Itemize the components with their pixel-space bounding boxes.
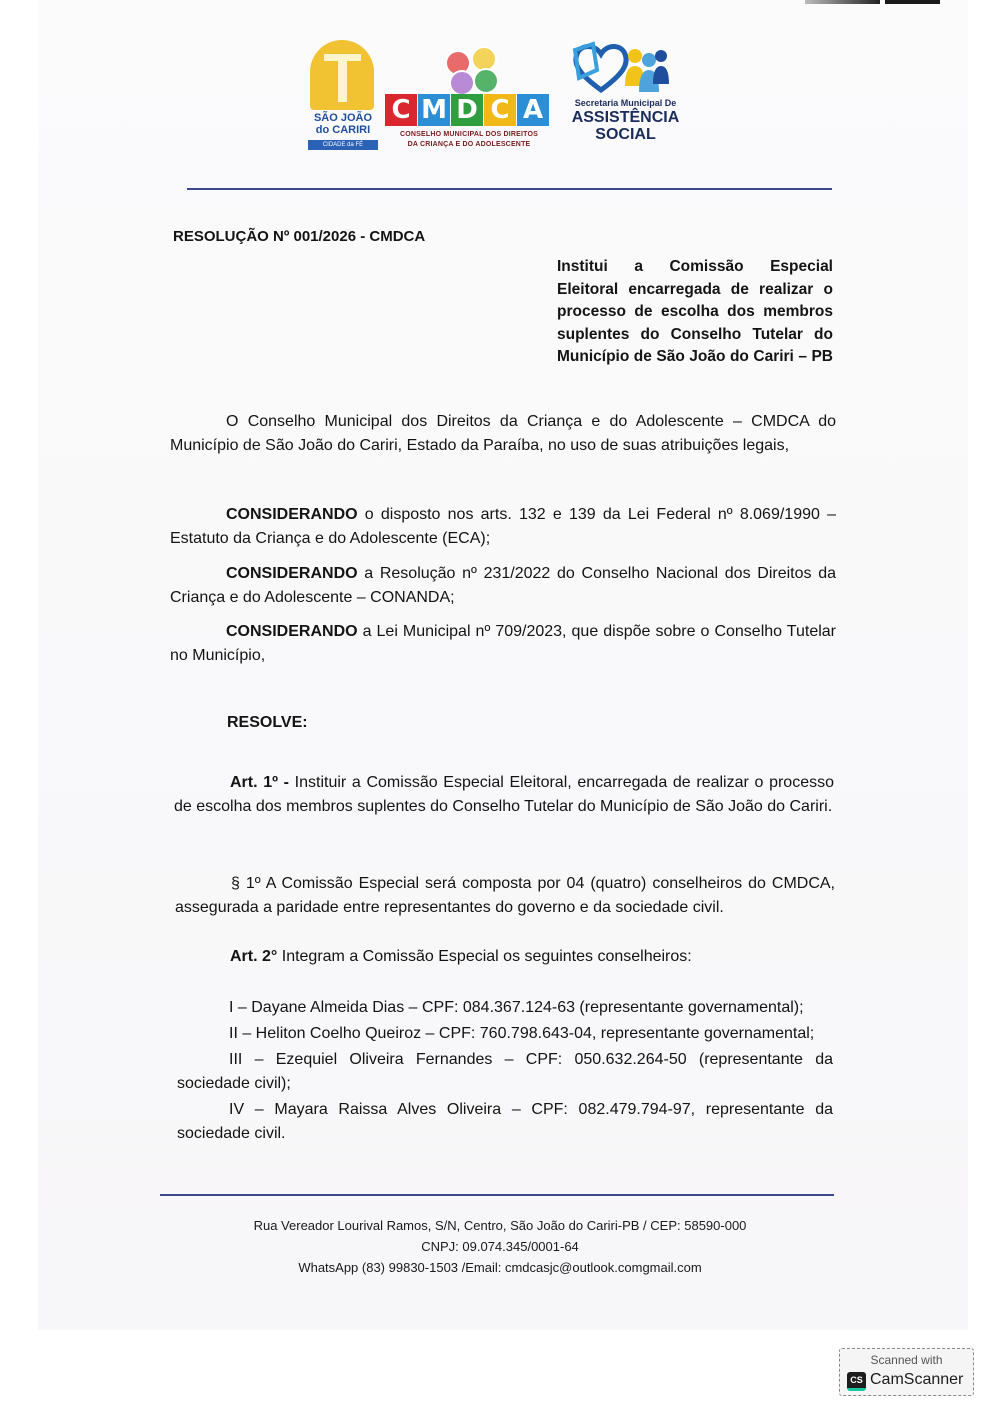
scan-edge-mark bbox=[805, 0, 880, 4]
cmdca-letter-block: D bbox=[451, 94, 483, 126]
summary-line: Município de São João do Cariri – PB bbox=[557, 346, 833, 369]
assistencia-social-logo: Secretaria Municipal De ASSISTÊNCIA SOCI… bbox=[563, 40, 688, 152]
cmdca-logo: CMDCA CONSELHO MUNICIPAL DOS DIREITOS DA… bbox=[385, 46, 553, 156]
municipality-name: SÃO JOÃO do CARIRI bbox=[308, 112, 378, 136]
summary-line: processo de escolha dos membros bbox=[557, 301, 833, 324]
scanned-with-label: Scanned with bbox=[840, 1353, 973, 1367]
children-faces-icon bbox=[445, 46, 499, 94]
paragraph-1: § 1º A Comissão Especial será composta p… bbox=[175, 872, 835, 920]
footer-address: Rua Vereador Lourival Ramos, S/N, Centro… bbox=[160, 1215, 840, 1236]
summary-line: Institui a Comissão Especial bbox=[557, 256, 833, 279]
secretaria-label: Secretaria Municipal De bbox=[563, 98, 688, 108]
resolution-summary: Institui a Comissão EspecialEleitoral en… bbox=[557, 256, 833, 369]
camscanner-logo-icon: CS bbox=[847, 1372, 866, 1391]
commission-member: IV – Mayara Raissa Alves Oliveira – CPF:… bbox=[177, 1098, 833, 1146]
considerando-paragraph: CONSIDERANDO a Lei Municipal nº 709/2023… bbox=[170, 620, 836, 668]
arch-cross-icon bbox=[310, 40, 374, 110]
considerando-paragraph: CONSIDERANDO o disposto nos arts. 132 e … bbox=[170, 503, 836, 551]
commission-members-list: I – Dayane Almeida Dias – CPF: 084.367.1… bbox=[177, 996, 833, 1148]
cmdca-subtitle: CONSELHO MUNICIPAL DOS DIREITOS DA CRIAN… bbox=[385, 130, 553, 150]
cmdca-letter-block: C bbox=[484, 94, 516, 126]
cmdca-letter-block: M bbox=[418, 94, 450, 126]
commission-member: I – Dayane Almeida Dias – CPF: 084.367.1… bbox=[177, 996, 833, 1020]
municipality-tagline: CIDADE da FÉ bbox=[308, 140, 378, 150]
sao-joao-do-cariri-logo: SÃO JOÃO do CARIRI CIDADE da FÉ bbox=[308, 40, 378, 152]
secretaria-name: ASSISTÊNCIA SOCIAL bbox=[563, 109, 688, 143]
header-logos: SÃO JOÃO do CARIRI CIDADE da FÉ CMDCA CO… bbox=[305, 36, 695, 156]
cmdca-letter-block: A bbox=[517, 94, 549, 126]
header-divider bbox=[187, 188, 832, 190]
summary-line: Eleitoral encarregada de realizar o bbox=[557, 279, 833, 302]
footer: Rua Vereador Lourival Ramos, S/N, Centro… bbox=[160, 1215, 840, 1278]
footer-contact: WhatsApp (83) 99830-1503 /Email: cmdcasj… bbox=[160, 1257, 840, 1278]
commission-member: II – Heliton Coelho Queiroz – CPF: 760.7… bbox=[177, 1022, 833, 1046]
cmdca-letter-block: C bbox=[385, 94, 417, 126]
footer-divider bbox=[160, 1194, 834, 1196]
commission-member: III – Ezequiel Oliveira Fernandes – CPF:… bbox=[177, 1048, 833, 1096]
scan-edge-mark bbox=[885, 0, 940, 4]
summary-line: suplentes do Conselho Tutelar do bbox=[557, 324, 833, 347]
article-1: Art. 1º - Instituir a Comissão Especial … bbox=[174, 771, 834, 819]
resolution-title: RESOLUÇÃO Nº 001/2026 - CMDCA bbox=[173, 225, 425, 249]
footer-cnpj: CNPJ: 09.074.345/0001-64 bbox=[160, 1236, 840, 1257]
preamble-paragraph: O Conselho Municipal dos Direitos da Cri… bbox=[170, 410, 836, 458]
article-2: Art. 2° Integram a Comissão Especial os … bbox=[230, 945, 692, 969]
cmdca-acronym: CMDCA bbox=[385, 94, 550, 126]
camscanner-brand: CamScanner bbox=[870, 1371, 963, 1389]
camscanner-watermark: Scanned with CS CamScanner bbox=[839, 1348, 974, 1396]
considerando-paragraph: CONSIDERANDO a Resolução nº 231/2022 do … bbox=[170, 562, 836, 610]
resolve-heading: RESOLVE: bbox=[227, 711, 308, 735]
people-icon bbox=[619, 46, 671, 94]
